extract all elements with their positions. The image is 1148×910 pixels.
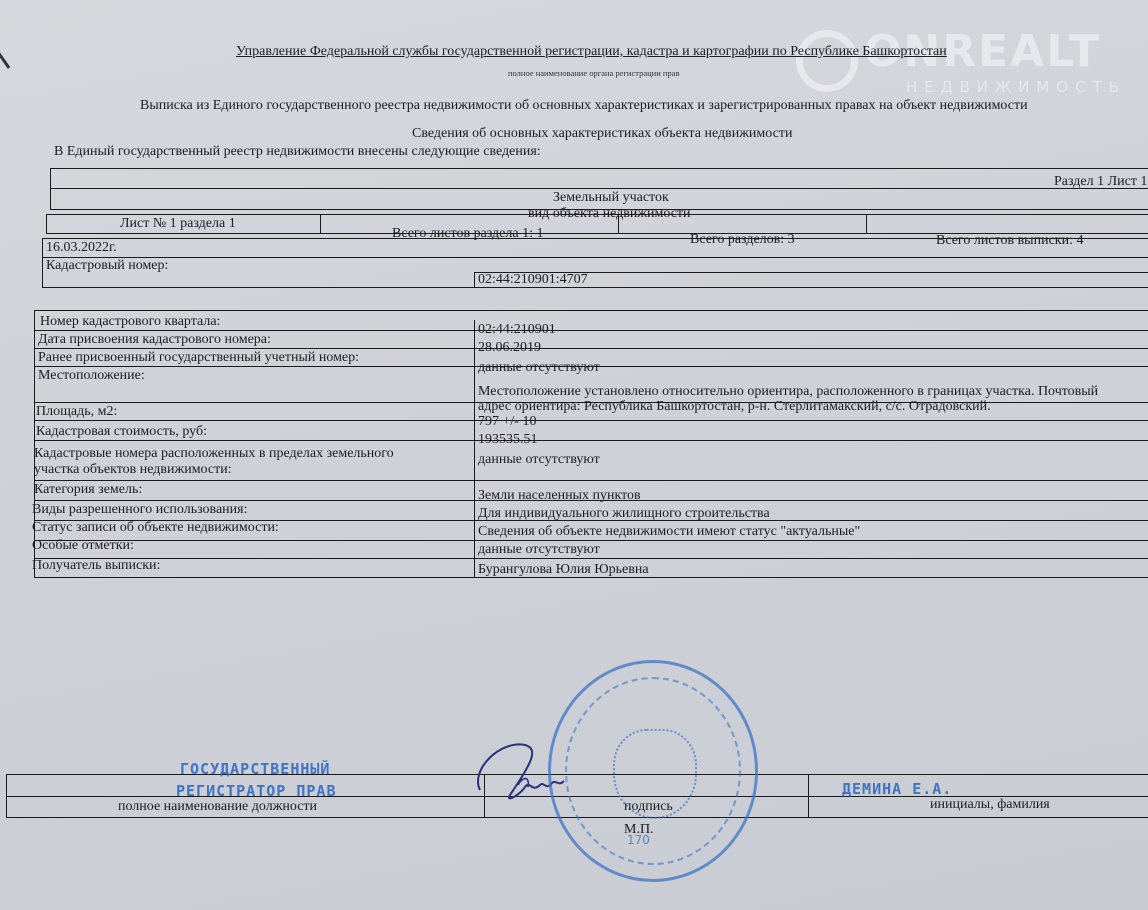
row-divider <box>34 330 1148 331</box>
date-cadastral-box <box>42 238 1148 288</box>
extract-date: 16.03.2022г. <box>46 240 117 256</box>
extract-document: ONREALT НЕДВИЖИМОСТЬ Управление Федераль… <box>0 0 1148 910</box>
name-caption: инициалы, фамилия <box>930 797 1050 813</box>
extract-title: Выписка из Единого государственного реес… <box>140 98 1028 114</box>
divider <box>320 214 321 234</box>
table-row-value: данные отсутствуют <box>478 360 600 376</box>
table-row-value: Земли населенных пунктов <box>478 488 641 504</box>
cadastral-number-label: Кадастровый номер: <box>46 258 168 274</box>
table-row-label: Местоположение: <box>38 368 145 384</box>
organization-title: Управление Федеральной службы государств… <box>236 44 947 60</box>
table-row-label: Номер кадастрового квартала: <box>40 314 220 330</box>
signature-caption: подпись <box>624 799 673 815</box>
watermark-subtitle: НЕДВИЖИМОСТЬ <box>906 78 1126 96</box>
divider <box>474 272 475 288</box>
table-row-value: 193535.51 <box>478 432 538 448</box>
table-row-label: Дата присвоения кадастрового номера: <box>38 332 271 348</box>
table-row-label: Кадастровые номера расположенных в преде… <box>34 446 394 462</box>
table-row-value: 28.06.2019 <box>478 340 541 356</box>
table-row-label-cont: участка объектов недвижимости: <box>34 462 232 478</box>
table-row-label: Получатель выписки: <box>32 558 160 574</box>
table-row-label: Ранее присвоенный государственный учетны… <box>38 350 359 366</box>
table-row-value: Местоположение установлено относительно … <box>478 384 1098 400</box>
row-divider <box>34 540 1148 541</box>
position-stamp-line2: РЕГИСТРАТОР ПРАВ <box>176 782 337 800</box>
divider <box>866 214 867 234</box>
divider <box>808 774 809 818</box>
table-row-value: Для индивидуального жилищного строительс… <box>478 506 770 522</box>
corner-mark <box>0 41 22 69</box>
object-type: Земельный участок <box>553 190 669 206</box>
section-sheet-label: Раздел 1 Лист 1 <box>1054 174 1147 190</box>
table-row-value: 797 +/- 10 <box>478 414 536 430</box>
row-divider <box>34 348 1148 349</box>
table-row-label: Категория земель: <box>34 482 142 498</box>
divider <box>42 257 1148 258</box>
divider <box>618 214 619 234</box>
table-row-label: Особые отметки: <box>32 538 134 554</box>
table-row-label: Кадастровая стоимость, руб: <box>36 424 207 440</box>
name-stamp: ДЕМИНА Е.А. <box>842 780 952 798</box>
position-caption: полное наименование должности <box>118 799 317 815</box>
row-divider <box>34 420 1148 421</box>
position-stamp-line1: ГОСУДАРСТВЕННЫЙ <box>180 760 330 778</box>
table-row-value: данные отсутствуют <box>478 542 600 558</box>
cadastral-number: 02:44:210901:4707 <box>478 272 588 288</box>
row-divider <box>34 558 1148 559</box>
organization-caption: полное наименование органа регистрации п… <box>508 68 679 78</box>
table-row-label: Площадь, м2: <box>36 404 117 420</box>
row-divider <box>34 440 1148 441</box>
table-row-value-cont: адрес ориентира: Республика Башкортостан… <box>478 399 991 415</box>
table-row-value: 02:44:210901 <box>478 322 556 338</box>
official-seal-icon: 170 <box>548 660 758 882</box>
sheet-number: Лист № 1 раздела 1 <box>120 216 236 232</box>
divider <box>50 188 1148 189</box>
table-row-value: данные отсутствуют <box>478 452 600 468</box>
house-pin-logo-icon <box>796 30 858 92</box>
table-row-label: Статус записи об объекте недвижимости: <box>32 520 279 536</box>
row-divider <box>34 480 1148 481</box>
table-row-value: Бурангулова Юлия Юрьевна <box>478 562 649 578</box>
table-row-value: Сведения об объекте недвижимости имеют с… <box>478 524 860 540</box>
section-title: Сведения об основных характеристиках объ… <box>412 126 792 142</box>
intro-text: В Единый государственный реестр недвижим… <box>54 144 541 160</box>
seal-caption: М.П. <box>624 822 654 838</box>
table-row-label: Виды разрешенного использования: <box>32 502 247 518</box>
